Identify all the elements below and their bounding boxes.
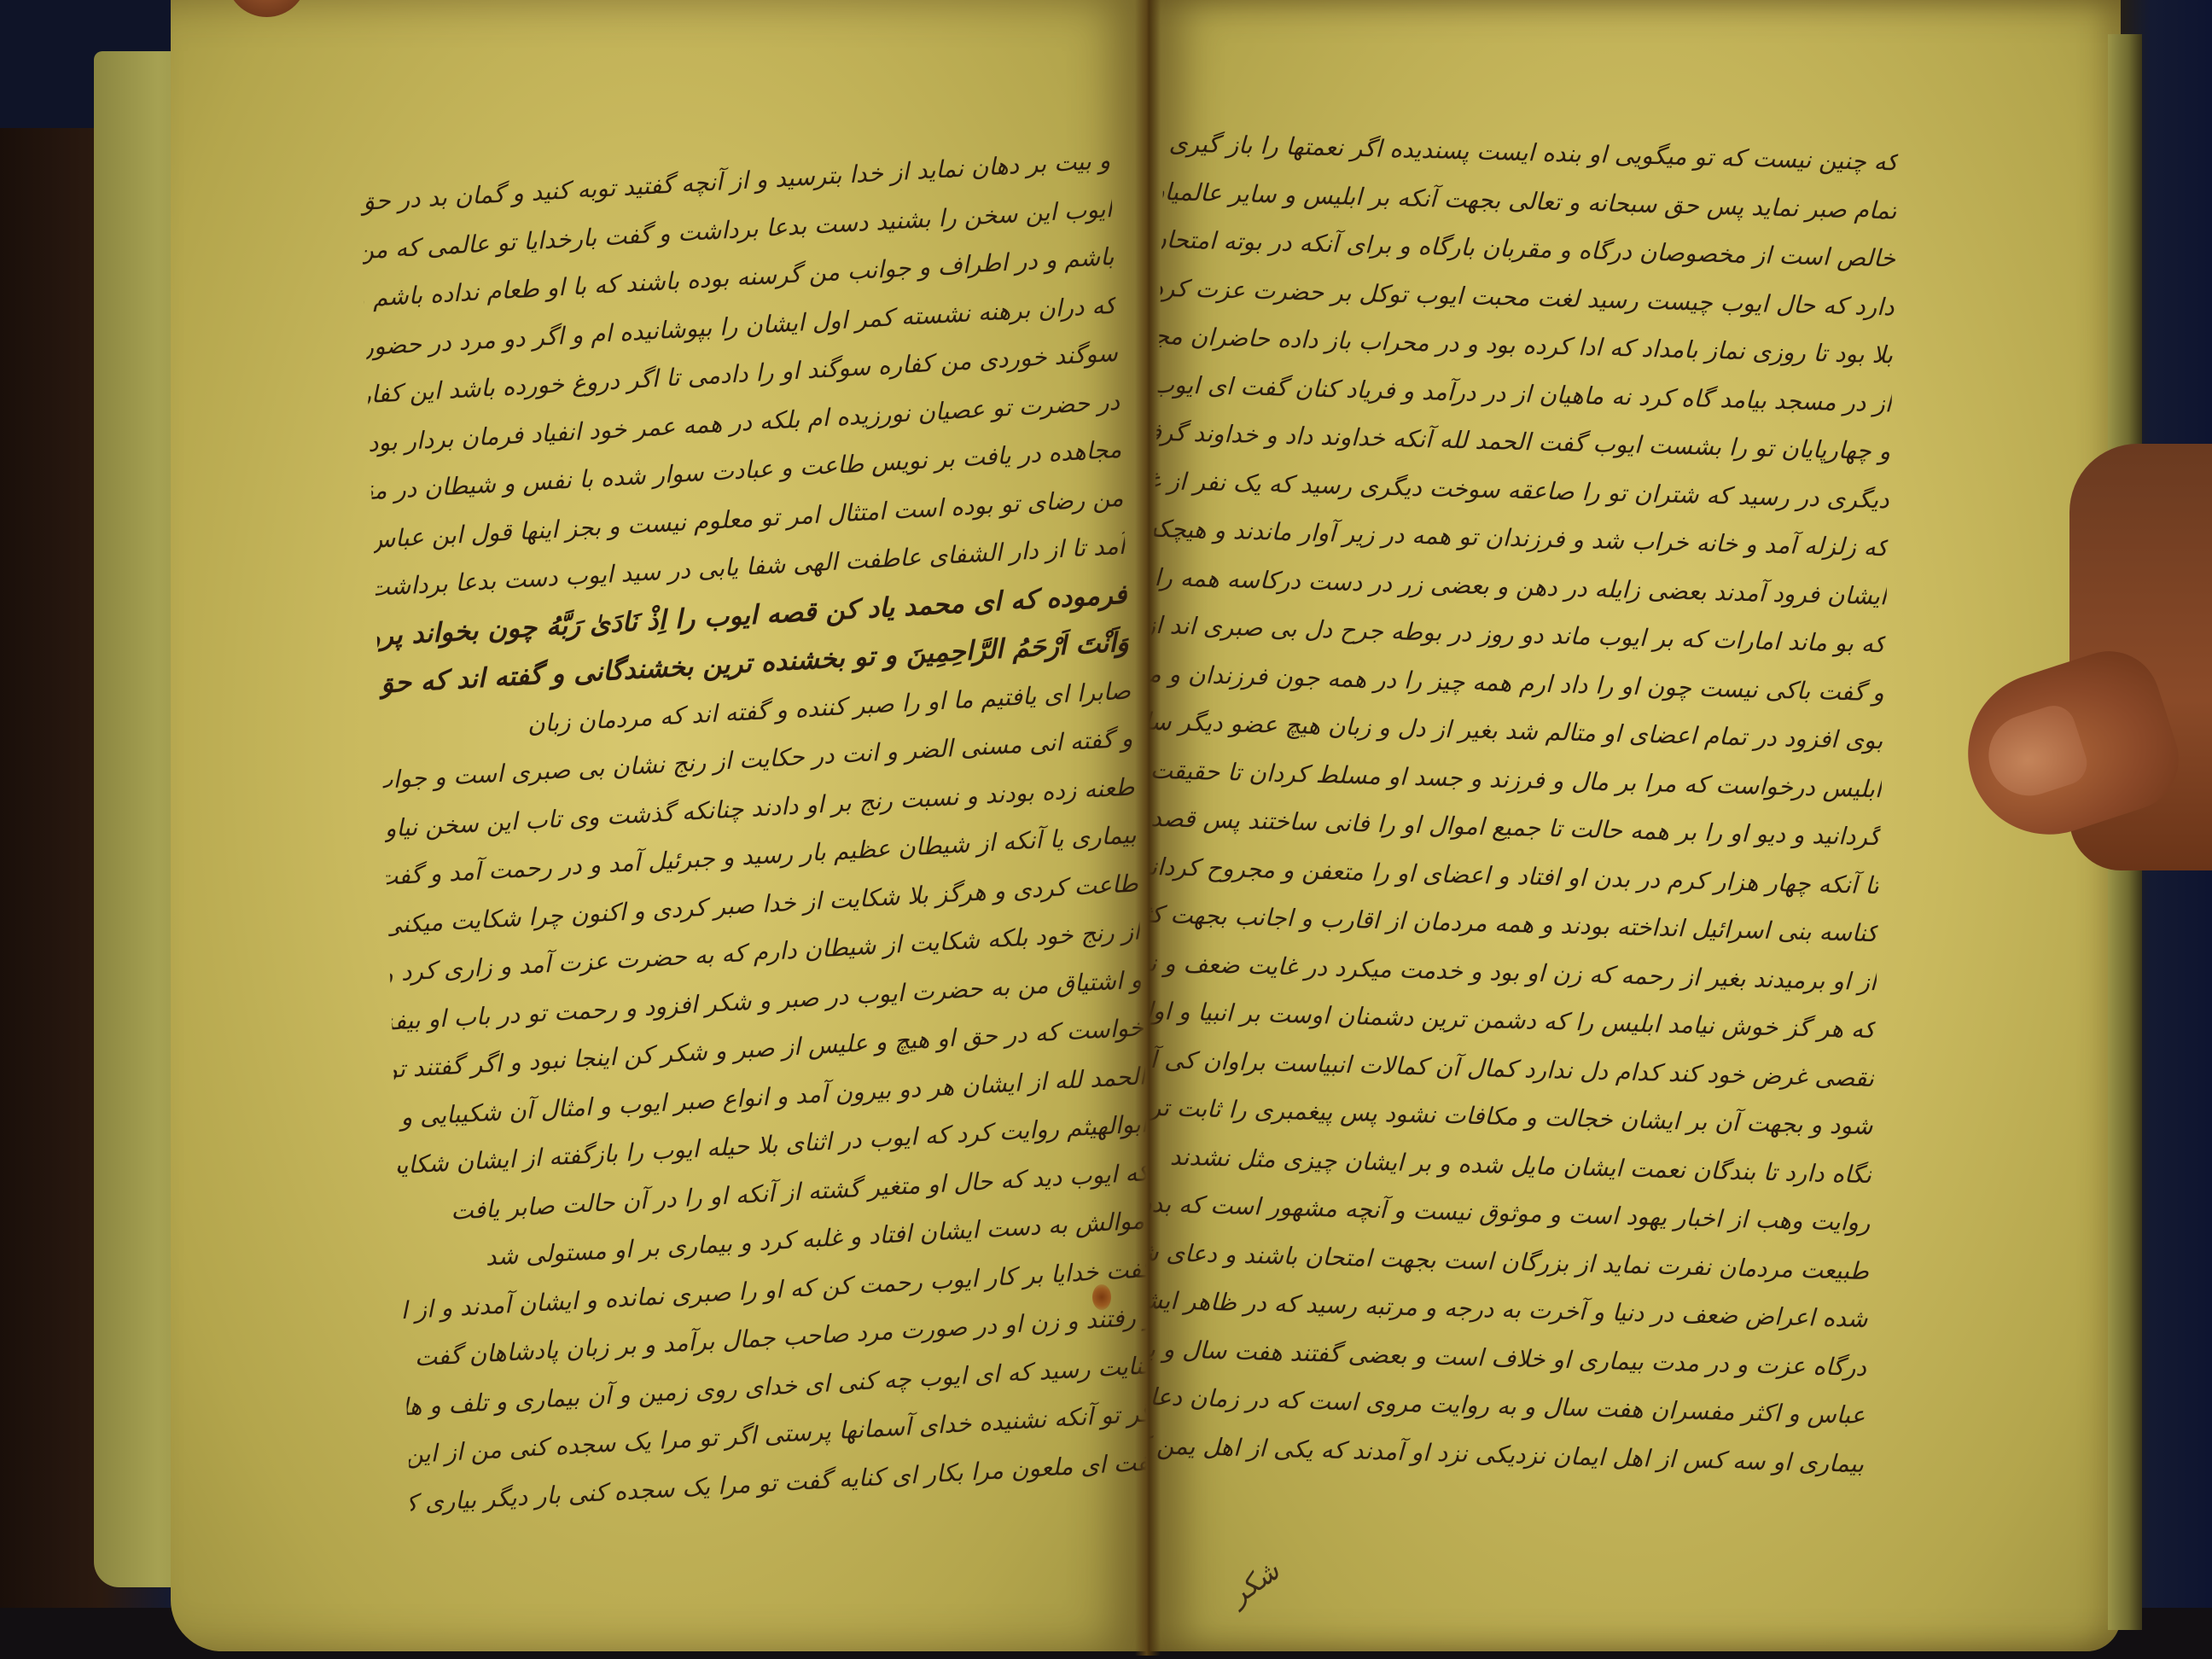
book-gutter bbox=[1135, 0, 1161, 1656]
right-page-text-block: که چنین نیست که تو میگویی او بنده ایست پ… bbox=[1148, 119, 1899, 1488]
left-page: و بیت بر دهان نماید از خدا بترسید و از آ… bbox=[171, 0, 1148, 1651]
thumb-right bbox=[1967, 614, 2212, 870]
left-page-text-block: و بیت بر دهان نماید از خدا بترسید و از آ… bbox=[359, 137, 1148, 1528]
catchword: شکر bbox=[1223, 1554, 1285, 1611]
rust-stain bbox=[1092, 1284, 1111, 1310]
